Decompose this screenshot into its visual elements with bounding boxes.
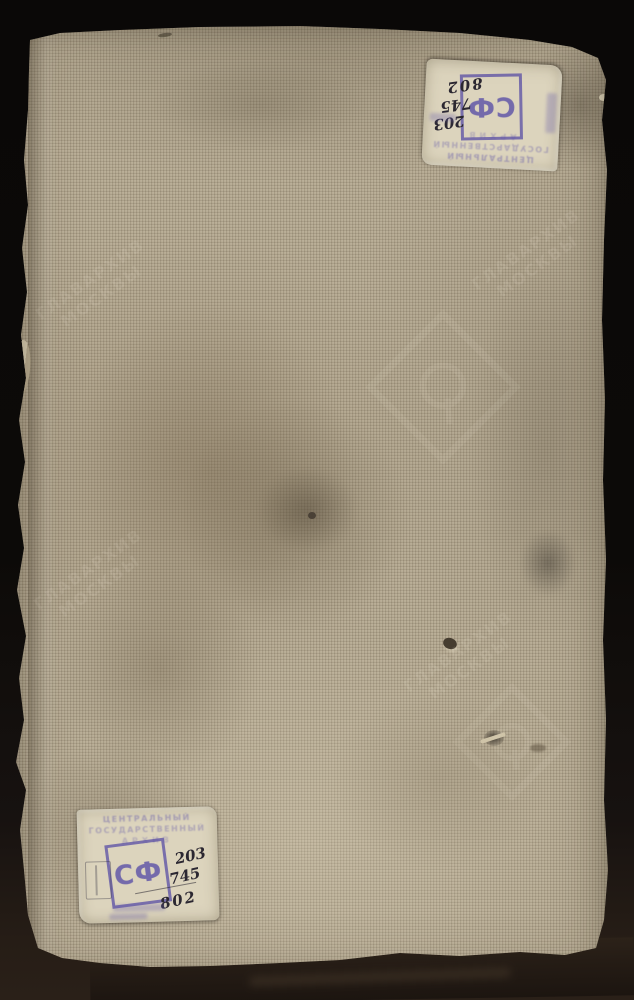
stain (60, 560, 260, 780)
archive-label-bottom: ЦЕНТРАЛЬНЫЙ ГОСУДАРСТВЕННЫЙ АРХИВ СФ 203… (77, 806, 220, 924)
archive-label-top: ЦЕНТРАЛЬНЫЙ ГОСУДАРСТВЕННЫЙ АРХИВ СФ 203… (421, 59, 562, 172)
frayed-hole (484, 730, 504, 746)
sf-stamp-code: СФ (112, 855, 164, 892)
burlap-book-cover: ГЛАВАРХИВМОСКВЫ ГЛАВАРХИВМОСКВЫ ГЛАВАРХИ… (0, 0, 634, 1000)
stitch-mark (158, 32, 172, 38)
handwritten-cipher: 203 745 802 (421, 164, 557, 171)
watermark-diamond-logo (453, 683, 572, 802)
book-spine-shading (28, 30, 58, 960)
handwritten-cipher: 203 745 802 (77, 806, 217, 810)
stain (258, 468, 358, 552)
fabric-hole (442, 636, 459, 651)
thread-speck (481, 28, 488, 34)
watermark-logo-tail (512, 749, 520, 769)
stamp-smudge (430, 113, 456, 122)
thread-speck (599, 94, 608, 101)
watermark-diamond-logo (365, 309, 521, 465)
stain (70, 300, 350, 640)
fond-number: 203 (173, 846, 207, 867)
pencil-mark (85, 861, 112, 900)
watermark-text: ГЛАВАРХИВМОСКВЫ (468, 205, 596, 311)
sf-stamp-code: СФ (467, 91, 516, 123)
stain (180, 400, 410, 630)
stain (330, 690, 550, 870)
delo-number: 802 (445, 75, 484, 95)
stain (150, 60, 370, 150)
fabric-hole (308, 512, 316, 519)
opis-number: 745 (440, 95, 473, 114)
smudge-mark (530, 744, 546, 752)
watermark-logo-circle (410, 353, 475, 418)
stamp-smudge (113, 904, 165, 912)
stamp-smudge (109, 913, 147, 920)
stamp-smudge (545, 93, 557, 133)
stain (520, 530, 576, 596)
watermark-logo-tail (445, 398, 453, 424)
archive-scan-photo: ГЛАВАРХИВМОСКВЫ ГЛАВАРХИВМОСКВЫ ГЛАВАРХИ… (0, 0, 634, 1000)
stain (470, 260, 620, 640)
watermark-text: ГЛАВАРХИВМОСКВЫ (400, 607, 528, 713)
